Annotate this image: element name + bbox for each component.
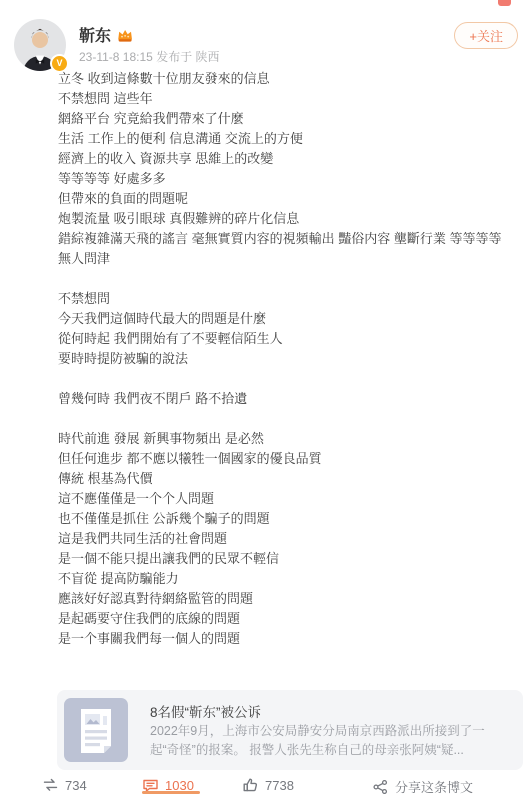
post-text-line: 生活 工作上的便利 信息溝通 交流上的方便	[58, 129, 518, 149]
post-text-line: 應該好好認真對待網絡監管的問題	[58, 589, 518, 609]
repost-button[interactable]: 734	[42, 777, 87, 793]
card-description: 2022年9月，上海市公安局静安分局南京西路派出所接到了一起“奇怪”的报案。 报…	[150, 722, 510, 760]
post-text-line: 網絡平台 究竟給我們帶來了什麼	[58, 109, 518, 129]
post-text-line: 不禁想問 這些年	[58, 89, 518, 109]
post-text-line: 今天我們這個時代最大的問題是什麼	[58, 309, 518, 329]
repost-count: 734	[65, 778, 87, 793]
follow-button-label: +关注	[469, 26, 503, 45]
follow-button[interactable]: +关注	[454, 22, 518, 49]
post-text-line: 從何時起 我們開始有了不要輕信陌生人	[58, 329, 518, 349]
vip-crown-icon	[116, 27, 134, 43]
post-text-line: 但帶來的負面的問題呢	[58, 189, 518, 209]
post-text-line: 也不僅僅是抓住 公訴幾个騙子的問題	[58, 509, 518, 529]
post-text-line: 但任何進步 都不應以犧牲一個國家的優良品質	[58, 449, 518, 469]
card-title: 8名假“靳东”被公诉	[150, 701, 261, 721]
post-text-line: 時代前進 發展 新興事物頻出 是必然	[58, 429, 518, 449]
quoted-article-card[interactable]: 8名假“靳东”被公诉 2022年9月，上海市公安局静安分局南京西路派出所接到了一…	[57, 690, 523, 770]
thumbs-up-icon	[242, 777, 259, 793]
username[interactable]: 靳东	[79, 23, 111, 46]
post-text-line: 傳統 根基為代價	[58, 469, 518, 489]
post-text-line	[58, 409, 518, 429]
timestamp: 23-11-8 18:15	[79, 50, 153, 64]
share-button[interactable]: 分享这条博文	[372, 777, 473, 794]
post-text-line: 這不應僅僅是一个个人問題	[58, 489, 518, 509]
post-text-line: 經濟上的收入 資源共享 思維上的改變	[58, 149, 518, 169]
post-text-line: 炮製流量 吸引眼球 真假難辨的碎片化信息	[58, 209, 518, 229]
share-label: 分享这条博文	[395, 777, 473, 794]
weibo-post-page: V 靳东 23-11-8 18:15 发布于 陕西 +关注 立冬 收到這條數十位…	[0, 0, 531, 794]
share-nodes-icon	[372, 779, 389, 794]
like-button[interactable]: 7738	[242, 777, 294, 793]
post-source: 发布于 陕西	[156, 50, 219, 64]
post-text-line	[58, 369, 518, 389]
post-text: 立冬 收到這條數十位朋友發來的信息不禁想問 這些年網絡平台 究竟給我們帶來了什麼…	[58, 69, 518, 649]
post-text-line	[58, 269, 518, 289]
post-text-line: 是一个事關我們每一個人的問題	[58, 629, 518, 649]
post-text-line: 要時時提防被騙的說法	[58, 349, 518, 369]
post-text-line: 不禁想問	[58, 289, 518, 309]
article-document-icon	[64, 698, 128, 762]
post-text-line: 曾幾何時 我們夜不閉戶 路不拾遺	[58, 389, 518, 409]
like-count: 7738	[265, 778, 294, 793]
corner-red-badge-icon	[498, 0, 511, 6]
post-text-line: 不盲從 提高防騙能力	[58, 569, 518, 589]
post-text-line: 這是我們共同生活的社會問題	[58, 529, 518, 549]
post-text-line: 立冬 收到這條數十位朋友發來的信息	[58, 69, 518, 89]
post-text-line: 等等等等 好處多多	[58, 169, 518, 189]
post-text-line: 錯綜複雜滿天飛的謠言 毫無實質内容的視頻輸出 豔俗内容 壟斷行業 等等等等 無人…	[58, 229, 518, 269]
avatar[interactable]: V	[14, 19, 66, 71]
post-meta: 23-11-8 18:15 发布于 陕西	[79, 48, 220, 65]
repost-arrows-icon	[42, 777, 59, 793]
post-text-line: 是起碼要守住我們的底線的問題	[58, 609, 518, 629]
post-text-line: 是一個不能只提出讓我們的民眾不輕信	[58, 549, 518, 569]
